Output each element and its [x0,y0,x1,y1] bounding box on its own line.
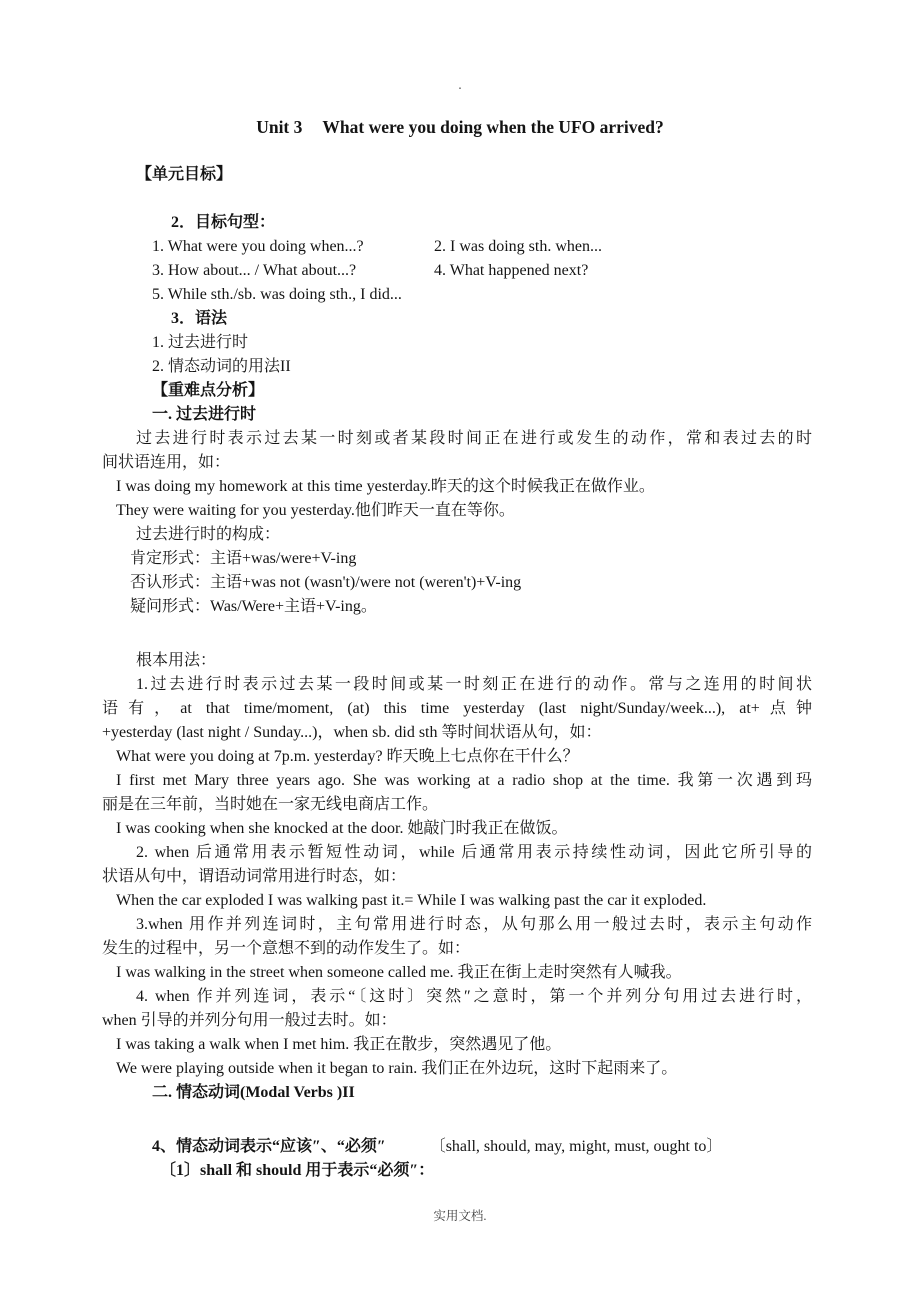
page-footer-watermark: 实用文档. [0,1206,920,1226]
example-sentence-continuation: 丽是在三年前，当时她在一家无线电商店工作。 [102,793,812,817]
form-heading: 过去进行时的构成： [102,523,812,547]
usage-3-line-1: 3.when 用作并列连词时，主句常用进行时态，从句那么用一般过去时，表示主句动… [102,913,812,937]
pattern-row-2: 3. How about... / What about...?4. What … [102,259,812,283]
blank-line [102,139,812,163]
pattern-item-4: 4. What happened next? [434,262,588,279]
usage-4-line-1: 4. when 作并列连词，表示“〔这时〕突然″之意时，第一个并列分句用过去进行… [102,985,812,1009]
usage-1-line-2: 语有，at that time/moment, (at) this time y… [102,697,812,721]
blank-line [102,619,812,649]
blank-line [102,187,812,211]
pattern-row-1: 1. What were you doing when...?2. I was … [102,235,812,259]
form-affirmative: 肯定形式：主语+was/were+V-ing [102,547,812,571]
example-sentence: I was doing my homework at this time yes… [102,475,812,499]
modal-verbs-heading: 二. 情态动词(Modal Verbs )II [102,1081,812,1105]
title-question: What were you doing when the UFO arrived… [322,117,663,137]
modal-rule-4-main: 4、情态动词表示“应该″、“必须″ [152,1138,386,1155]
usage-2-line-1: 2. when 后通常用表示暂短性动词，while 后通常用表示持续性动词，因此… [102,841,812,865]
document-title: Unit 3What were you doing when the UFO a… [0,115,920,139]
title-unit-number: Unit 3 [256,117,302,137]
form-negative: 否认形式：主语+was not (wasn't)/were not (weren… [102,571,812,595]
example-sentence: When the car exploded I was walking past… [102,889,812,913]
pattern-item-3: 3. How about... / What about...? [152,259,434,283]
example-sentence: I was cooking when she knocked at the do… [102,817,812,841]
example-sentence: We were playing outside when it began to… [102,1057,812,1081]
usage-3-line-2: 发生的过程中，另一个意想不到的动作发生了。如： [102,937,812,961]
modal-rule-4-sub-1: 〔1〕shall 和 should 用于表示“必须″： [102,1159,812,1183]
pattern-item-1: 1. What were you doing when...? [152,235,434,259]
document-page: . Unit 3What were you doing when the UFO… [0,0,920,1302]
example-sentence: What were you doing at 7p.m. yesterday? … [102,745,812,769]
usage-heading: 根本用法： [102,649,812,673]
grammar-item-2: 2. 情态动词的用法II [102,355,812,379]
pattern-item-2: 2. I was doing sth. when... [434,238,602,255]
grammar-item-1: 1. 过去进行时 [102,331,812,355]
patterns-heading: 2．目标句型： [102,211,812,235]
page-corner-mark: . [0,0,920,98]
modal-rule-4: 4、情态动词表示“应该″、“必须″〔shall, should, may, mi… [102,1135,812,1159]
past-progressive-heading: 一. 过去进行时 [102,403,812,427]
modal-rule-4-note: 〔shall, should, may, might, must, ought … [430,1138,723,1155]
usage-2-line-2: 状语从句中，谓语动词常用进行时态，如： [102,865,812,889]
example-sentence: They were waiting for you yesterday.他们昨天… [102,499,812,523]
blank-line [102,1105,812,1129]
pattern-item-5: 5. While sth./sb. was doing sth., I did.… [102,283,812,307]
example-sentence: I first met Mary three years ago. She wa… [102,769,812,793]
form-question: 疑问形式：Was/Were+主语+V-ing。 [102,595,812,619]
past-progressive-definition-line-1: 过去进行时表示过去某一时刻或者某段时间正在进行或发生的动作，常和表过去的时 [102,427,812,451]
past-progressive-definition-line-2: 间状语连用，如： [102,451,812,475]
usage-4-line-2: when 引导的并列分句用一般过去时。如： [102,1009,812,1033]
usage-1-line-3: +yesterday (last night / Sunday...)，when… [102,721,812,745]
section-header-unit-goals: 【单元目标】 [102,163,812,187]
example-sentence: I was walking in the street when someone… [102,961,812,985]
example-sentence: I was taking a walk when I met him. 我正在散… [102,1033,812,1057]
usage-1-line-1: 1.过去进行时表示过去某一段时间或某一时刻正在进行的动作。常与之连用的时间状 [102,673,812,697]
grammar-heading: 3．语法 [102,307,812,331]
document-body: 【单元目标】 2．目标句型： 1. What were you doing wh… [102,139,812,1183]
section-header-analysis: 【重难点分析】 [102,379,812,403]
